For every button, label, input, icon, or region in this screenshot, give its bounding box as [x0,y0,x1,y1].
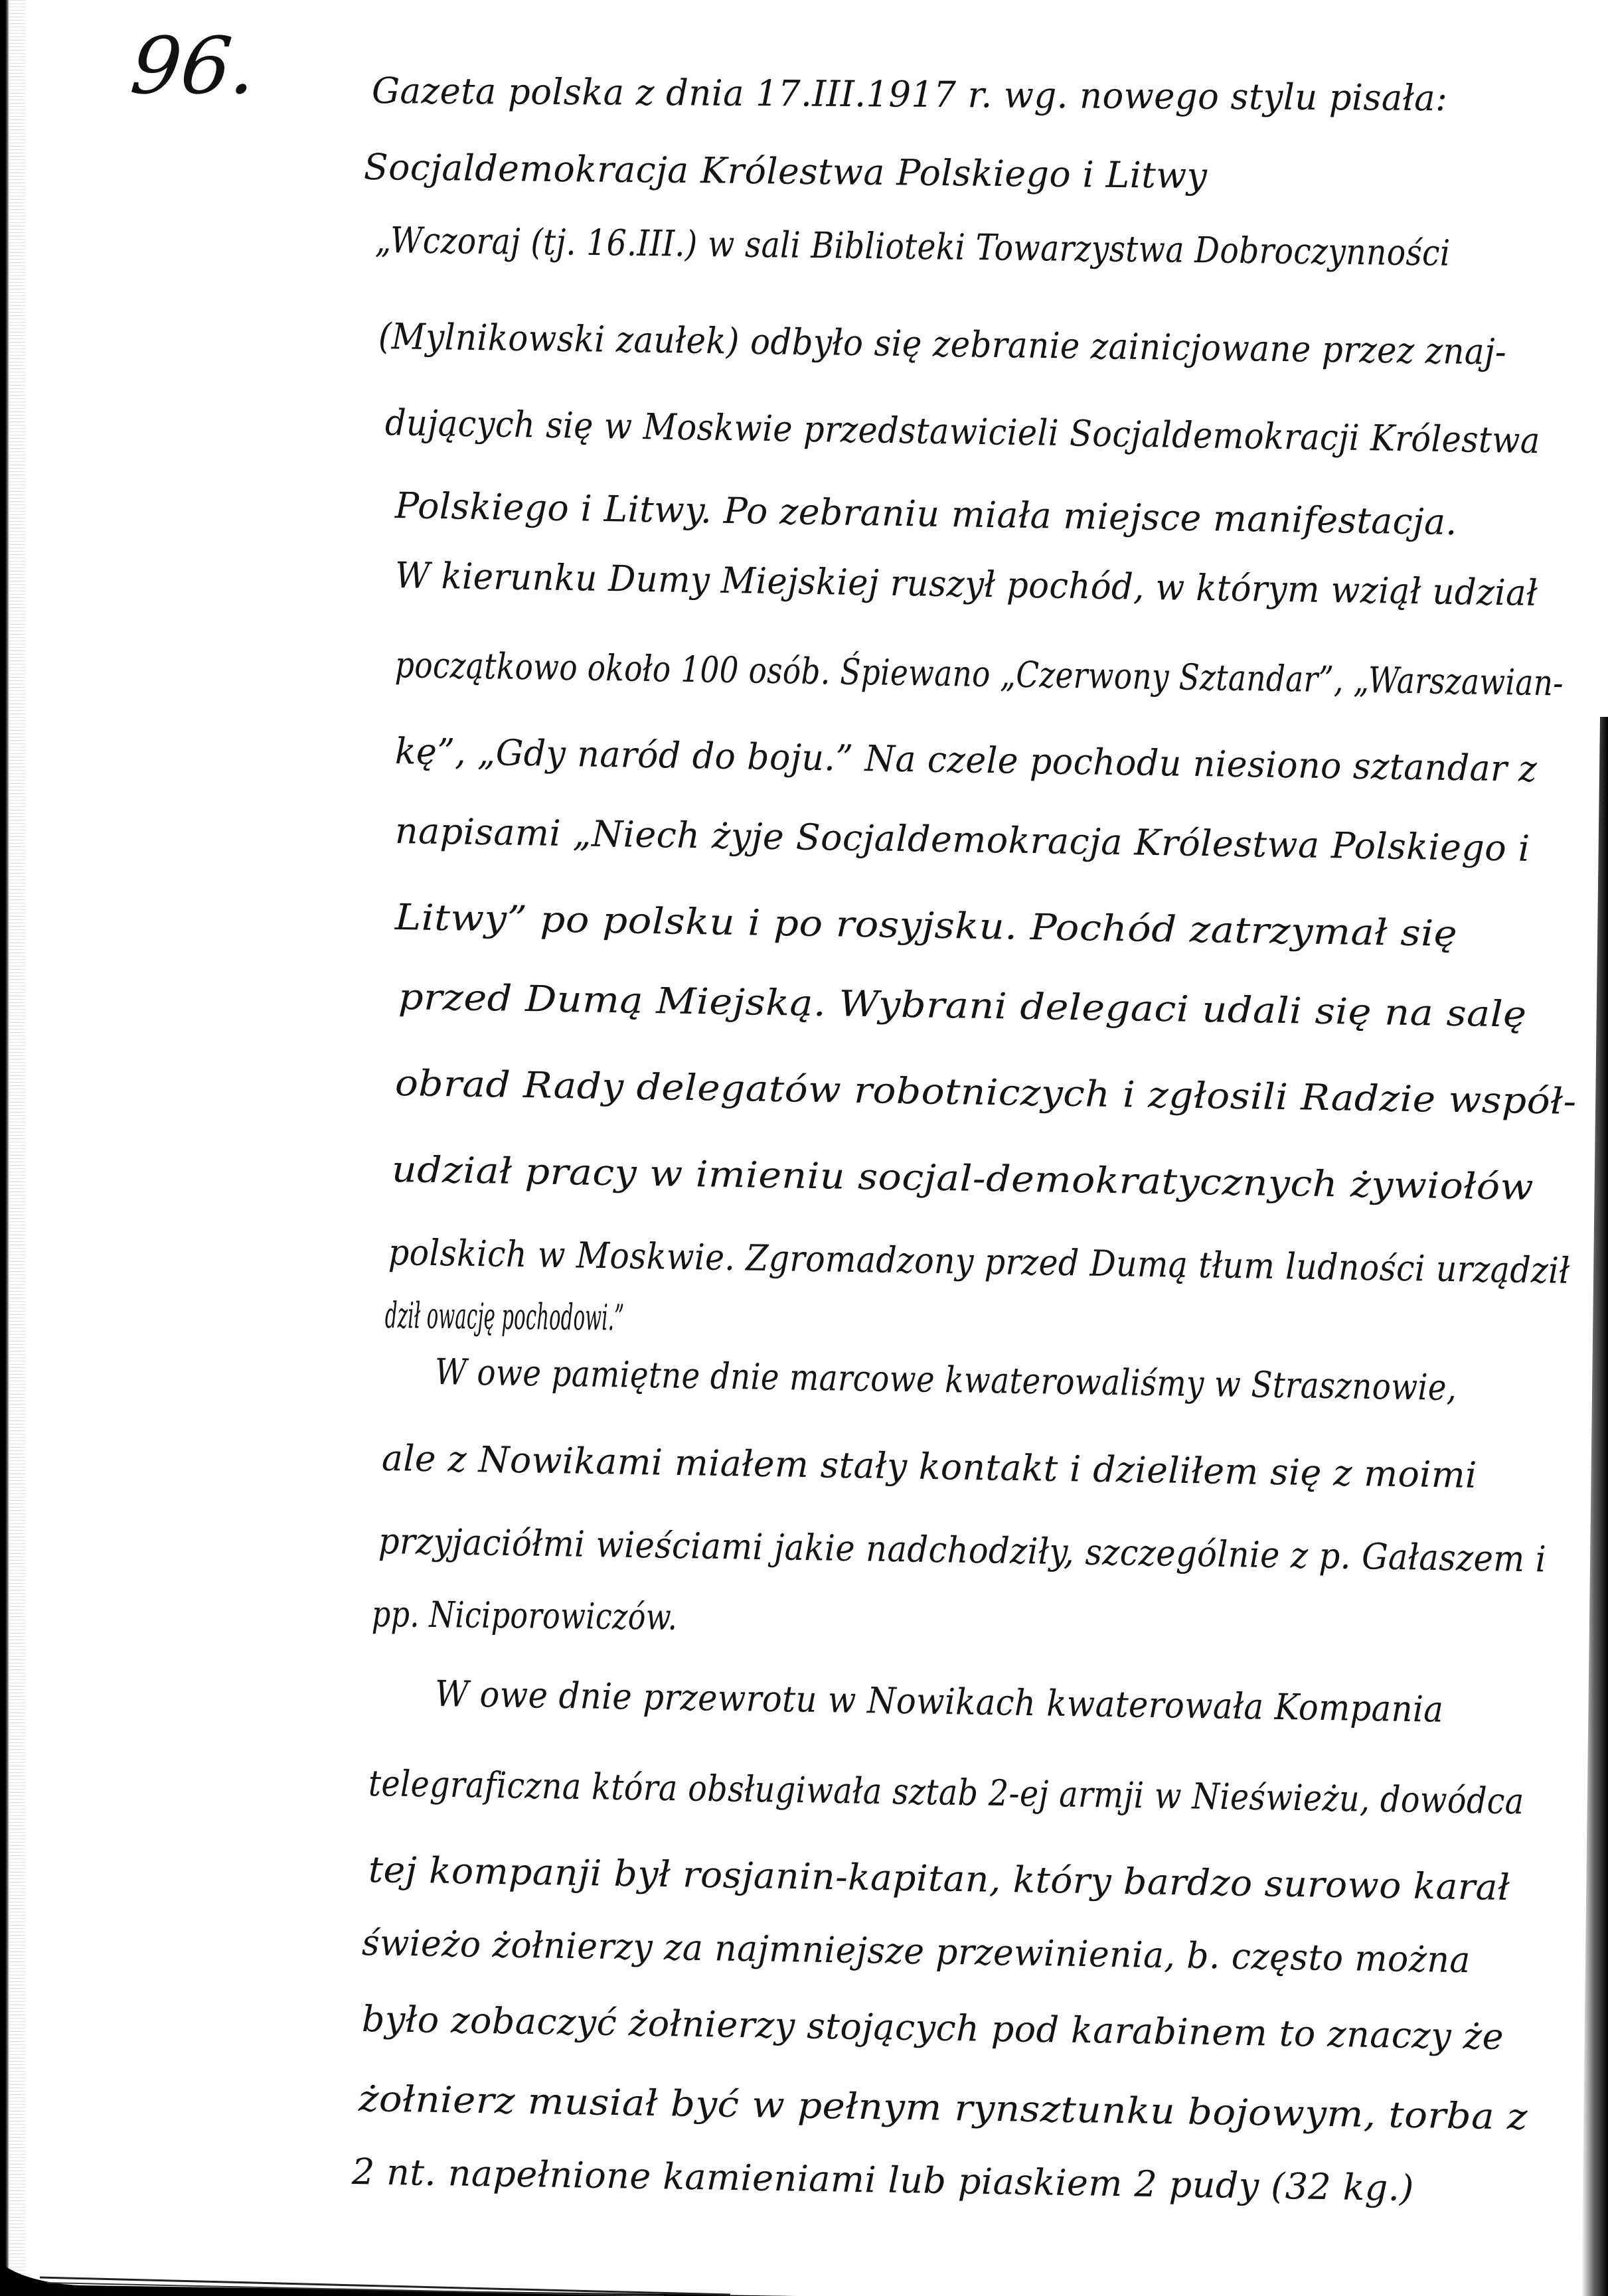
page-binding-edge [0,0,9,2296]
handwritten-line: W owe pamiętne dnie marcowe kwaterowaliś… [435,1354,1457,1406]
handwritten-line: „Wczoraj (tj. 16.III.) w sali Biblioteki… [375,222,1451,271]
page-edge-shadow [1581,717,1608,2296]
handwritten-line: dujących się w Moskwie przedstawicieli S… [385,405,1541,459]
handwritten-line: polskich w Moskwie. Zgromadzony przed Du… [388,1235,1570,1289]
handwritten-line: pp. Niciporowiczów. [372,1596,678,1636]
handwritten-line: dził owację pochodowi.” [385,1298,625,1336]
handwritten-line: telegraficzna która obsługiwała sztab 2-… [368,1766,1524,1819]
handwritten-line: świeżo żołnierzy za najmniejsze przewini… [362,1925,1471,1978]
binding-speckle [9,0,25,2296]
handwritten-line: żołnierz musiał być w pełnym rynsztunku … [359,2081,1528,2135]
page-bottom-curl [0,2236,797,2296]
handwritten-line: kę”, „Gdy naród do boju.” Na czele pocho… [395,733,1538,787]
handwritten-line: tej kompanji był rosjanin-kapitan, który… [368,1852,1510,1906]
handwritten-line: Gazeta polska z dnia 17.III.1917 r. wg. … [372,73,1448,116]
handwritten-line: ale z Nowikami miałem stały kontakt i dz… [382,1440,1478,1493]
handwritten-line: było zobaczyć żołnierzy stojących pod ka… [362,2001,1504,2055]
handwritten-line: Litwy” po polsku i po rosyjsku. Pochód z… [395,899,1458,952]
handwritten-line: Socjaldemokracja Królestwa Polskiego i L… [364,149,1208,194]
handwritten-line: (Mylnikowski zaułek) odbyło się zebranie… [378,319,1507,370]
manuscript-page: 96. Gazeta polska z dnia 17.III.1917 r. … [0,0,1608,2296]
handwritten-line: obrad Rady delegatów robotniczych i zgło… [395,1065,1577,1120]
handwritten-line: W owe dnie przewrotu w Nowikach kwaterow… [435,1676,1444,1728]
handwritten-line: W kierunku Dumy Miejskiej ruszył pochód,… [395,558,1538,611]
handwritten-line: udział pracy w imieniu socjal-demokratyc… [392,1152,1534,1205]
handwritten-line: 2 nt. napełnione kamieniami lub piaskiem… [352,2154,1415,2206]
handwritten-line: początkowo około 100 osób. Śpiewano „Cze… [395,647,1564,702]
handwritten-line: przyjaciółmi wieściami jakie nadchodziły… [378,1523,1547,1578]
handwritten-line: przed Dumą Miejską. Wybrani delegaci uda… [398,979,1527,1033]
handwritten-line: napisami „Niech żyje Socjaldemokracja Kr… [395,813,1530,867]
handwritten-line: Polskiego i Litwy. Po zebraniu miała mie… [395,488,1458,540]
page-number: 96. [127,27,260,105]
